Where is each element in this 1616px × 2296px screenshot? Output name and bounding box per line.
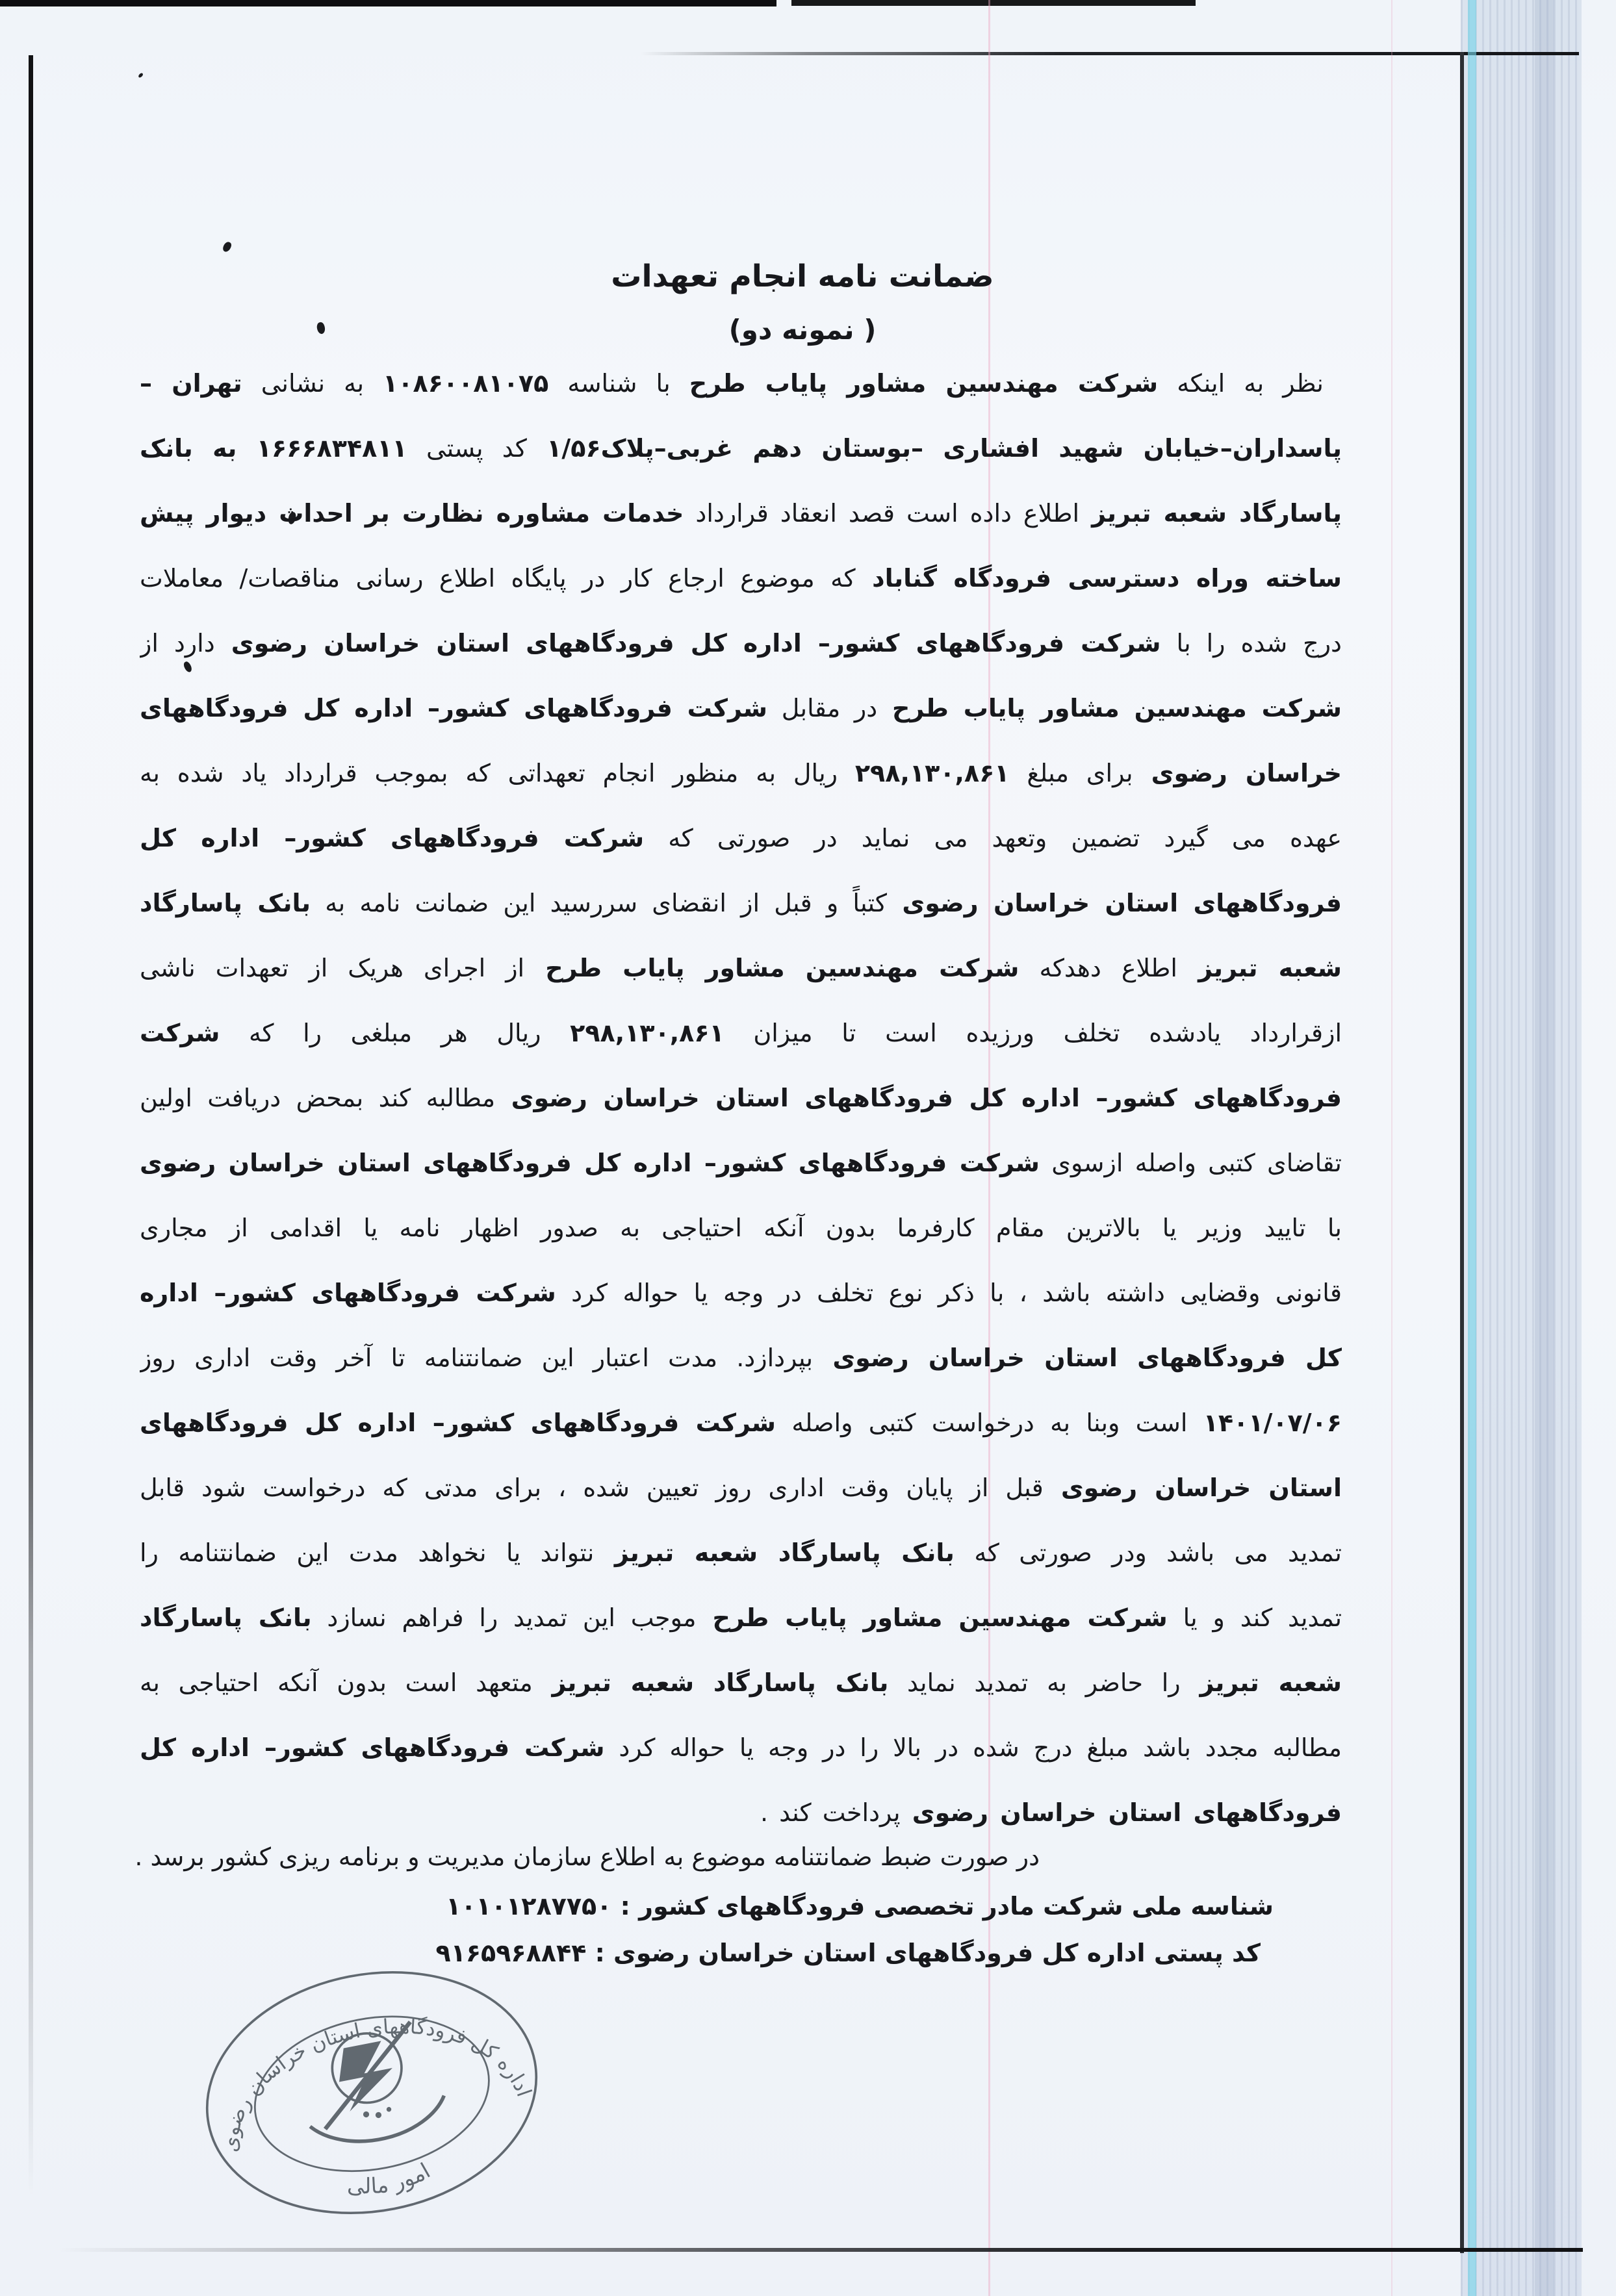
body-line: مطالبه مجدد باشد مبلغ درج شده در بالا را…: [140, 1715, 1342, 1780]
scan-speck: [222, 240, 233, 253]
scan-right-border-line: [1460, 52, 1464, 2253]
text-segment: نتواند یا نخواهد مدت این ضمانتنامه را: [140, 1538, 594, 1567]
text-segment: درج شده را با: [1161, 629, 1342, 657]
bold-segment: بانک پاسارگاد شعبه تبریز: [533, 1668, 889, 1697]
text-segment: قبل از پایان وقت اداری روز تعیین شده ، ب…: [140, 1473, 1044, 1502]
national-id-line: شناسه ملی شرکت مادر تخصصی فرودگاههای کشو…: [446, 1880, 1274, 1932]
bold-segment: بانک پاسارگاد: [140, 1603, 312, 1632]
body-line: ازقرارداد یادشده تخلف ورزیده است تا میزا…: [140, 1001, 1342, 1065]
body-line: تمدید می باشد ودر صورتی که بانک پاسارگاد…: [140, 1520, 1342, 1585]
body-line: نظر به اینکه شرکت مهندسین مشاور پایاب طر…: [140, 351, 1342, 416]
text-segment: اطلاع دهدکه: [1019, 954, 1177, 982]
text-segment: دارد از: [140, 629, 215, 657]
text-segment: ازقرارداد یادشده تخلف ورزیده است تا میزا…: [725, 1019, 1342, 1047]
scan-speck: [138, 72, 144, 78]
document-title: ضمانت نامه انجام تعهدات: [0, 259, 1605, 294]
bold-segment: ۲۹۸,۱۳۰,۸۶۱: [855, 759, 1010, 787]
bold-segment: شرکت فرودگاههای کشور– اداره کل فرودگاهها…: [140, 1409, 776, 1437]
text-segment: پرداخت کند .: [760, 1798, 901, 1827]
body-line: کل فرودگاههای استان خراسان رضوی بپردازد.…: [140, 1325, 1342, 1390]
text-segment: تقاضای کتبی واصله ازسوی: [1040, 1149, 1342, 1177]
official-stamp: اداره کل فرودگاههای استان خراسان رضوی ام…: [131, 1899, 611, 2286]
text-segment: به نشانی: [242, 369, 383, 398]
text-segment: مطالبه مجدد باشد مبلغ درج شده در بالا را…: [605, 1733, 1342, 1762]
bold-segment: بانک پاسارگاد شعبه تبریز: [594, 1538, 955, 1567]
body-line: درج شده را با شرکت فرودگاههای کشور– ادار…: [140, 611, 1342, 676]
text-segment: موجب این تمدید را فراهم نسازد: [312, 1603, 697, 1632]
bold-segment: پاسارگاد شعبه تبریز: [1079, 499, 1342, 528]
bold-segment: استان خراسان رضوی: [1044, 1473, 1342, 1502]
body-line: تقاضای کتبی واصله ازسوی شرکت فرودگاههای …: [140, 1130, 1342, 1195]
bold-segment: شرکت فرودگاههای کشور– اداره کل فرودگاهها…: [140, 1149, 1040, 1177]
body-line: استان خراسان رضوی قبل از پایان وقت اداری…: [140, 1455, 1342, 1520]
bold-segment: شرکت فرودگاههای کشور– اداره کل فرودگاهها…: [215, 629, 1161, 657]
bold-segment: بانک پاسارگاد: [140, 889, 311, 917]
text-segment: با تایید وزیر یا بالاترین مقام کارفرما ب…: [140, 1214, 1342, 1242]
scan-top-edge-bar: [0, 0, 776, 6]
scan-top-edge-bar-2: [791, 0, 1196, 6]
text-segment: با شناسه: [548, 369, 689, 398]
body-line: شعبه تبریز اطلاع دهدکه شرکت مهندسین مشاو…: [140, 936, 1342, 1001]
bold-segment: شرکت فرودگاههای کشور– اداره: [140, 1279, 556, 1307]
bold-segment: ۱۰۸۶۰۰۸۱۰۷۵: [383, 369, 548, 398]
text-segment: متعهد است بدون آنکه احتیاجی به: [140, 1668, 533, 1697]
bold-segment: شرکت مهندسین مشاور پایاب طرح: [697, 1603, 1168, 1632]
document-body: نظر به اینکه شرکت مهندسین مشاور پایاب طر…: [140, 351, 1342, 1845]
scanned-guarantee-letter: ضمانت نامه انجام تعهدات ( نمونه دو) نظر …: [0, 0, 1616, 2296]
body-line: قانونی وقضایی داشته باشد ، با ذکر نوع تخ…: [140, 1260, 1342, 1325]
bold-segment: کل فرودگاههای استان خراسان رضوی: [813, 1344, 1342, 1372]
bold-segment: فرودگاههای استان خراسان رضوی: [901, 1798, 1342, 1827]
body-line: پاسارگاد شعبه تبریز اطلاع داده است قصد ا…: [140, 481, 1342, 546]
bold-segment: شعبه تبریز: [1181, 1668, 1342, 1697]
bold-segment: شرکت مهندسین مشاور پایاب طرح: [877, 694, 1342, 722]
text-segment: ریال هر مبلغی را که: [220, 1019, 570, 1047]
bold-segment: ۱۶۶۶۸۳۴۸۱۱ به بانک: [140, 434, 407, 463]
text-segment: کتباً و قبل از انقضای سررسید این ضمانت ن…: [311, 889, 887, 917]
text-segment: تمدید کند و یا: [1168, 1603, 1342, 1632]
forfeiture-note-line: در صورت ضبط ضمانتنامه موضوع به اطلاع ساز…: [135, 1831, 1040, 1883]
body-line: شرکت مهندسین مشاور پایاب طرح در مقابل شر…: [140, 676, 1342, 741]
bold-segment: پاسداران–خیابان شهید افشاری –بوستان دهم …: [527, 434, 1342, 463]
bold-segment: شرکت فرودگاههای کشور– اداره کل: [140, 1733, 605, 1762]
body-line: ۱۴۰۱/۰۷/۰۶ است وبنا به درخواست کتبی واصل…: [140, 1390, 1342, 1455]
body-line: فرودگاههای استان خراسان رضوی کتباً و قبل…: [140, 871, 1342, 936]
body-line: با تایید وزیر یا بالاترین مقام کارفرما ب…: [140, 1195, 1342, 1260]
text-segment: قانونی وقضایی داشته باشد ، با ذکر نوع تخ…: [556, 1279, 1342, 1307]
text-segment: ریال به منظور انجام تعهداتی که بموجب قرا…: [140, 759, 855, 787]
bold-segment: شرکت مهندسین مشاور پایاب طرح: [524, 954, 1019, 982]
bold-segment: شرکت: [140, 1019, 220, 1047]
bold-segment: ۲۹۸,۱۳۰,۸۶۱: [570, 1019, 725, 1047]
bold-segment: فرودگاههای استان خراسان رضوی: [887, 889, 1342, 917]
scan-left-border-line: [29, 55, 33, 2199]
text-segment: از اجرای هریک از تعهدات ناشی: [140, 954, 524, 982]
bold-segment: شعبه تبریز: [1177, 954, 1342, 982]
text-segment: عهده می گیرد تضمین وتعهد می نماید در صور…: [644, 824, 1342, 852]
bold-segment: خراسان رضوی: [1133, 759, 1342, 787]
text-segment: اطلاع داده است قصد انعقاد قرارداد: [684, 499, 1079, 528]
text-segment: بپردازد. مدت اعتبار این ضمانتنامه تا آخر…: [140, 1344, 813, 1372]
text-segment: تمدید می باشد ودر صورتی که: [955, 1538, 1342, 1567]
text-segment: مطالبه کند بمحض دریافت اولین: [140, 1084, 495, 1112]
text-segment: که موضوع ارجاع کار در پایگاه اطلاع رسانی…: [140, 564, 856, 593]
bold-segment: تهران –: [140, 369, 242, 398]
bold-segment: شرکت فرودگاههای کشور– اداره کل: [140, 824, 644, 852]
scan-top-border-line: [640, 52, 1579, 55]
text-segment: را حاضر به تمدید نماید: [888, 1668, 1180, 1697]
body-line: عهده می گیرد تضمین وتعهد می نماید در صور…: [140, 806, 1342, 871]
text-segment: کد پستی: [407, 434, 527, 463]
bold-segment: شرکت مهندسین مشاور پایاب طرح: [689, 369, 1158, 398]
bold-segment: ۱۴۰۱/۰۷/۰۶: [1203, 1409, 1342, 1437]
bold-segment: ساخته وراه دسترسی فرودگاه گناباد: [856, 564, 1342, 593]
stamp-bottom-text: امور مالی: [342, 2156, 436, 2205]
text-segment: برای مبلغ: [1009, 759, 1133, 787]
body-line: تمدید کند و یا شرکت مهندسین مشاور پایاب …: [140, 1585, 1342, 1650]
text-segment: در مقابل: [767, 694, 877, 722]
body-line: شعبه تبریز را حاضر به تمدید نماید بانک پ…: [140, 1650, 1342, 1715]
body-line: پاسداران–خیابان شهید افشاری –بوستان دهم …: [140, 416, 1342, 481]
body-line: ساخته وراه دسترسی فرودگاه گناباد که موضو…: [140, 546, 1342, 611]
text-segment: است وبنا به درخواست کتبی واصله: [776, 1409, 1203, 1437]
bold-segment: فرودگاههای کشور– اداره کل فرودگاههای است…: [495, 1084, 1342, 1112]
body-line: خراسان رضوی برای مبلغ ۲۹۸,۱۳۰,۸۶۱ ریال ب…: [140, 741, 1342, 806]
svg-text:امور مالی: امور مالی: [342, 2156, 436, 2205]
text-segment: نظر به اینکه: [1158, 369, 1324, 398]
document-subtitle: ( نمونه دو): [0, 314, 1605, 346]
body-line: فرودگاههای کشور– اداره کل فرودگاههای است…: [140, 1065, 1342, 1130]
bold-segment: خدمات مشاوره نظارت بر احداث دیوار پیش: [140, 499, 684, 528]
